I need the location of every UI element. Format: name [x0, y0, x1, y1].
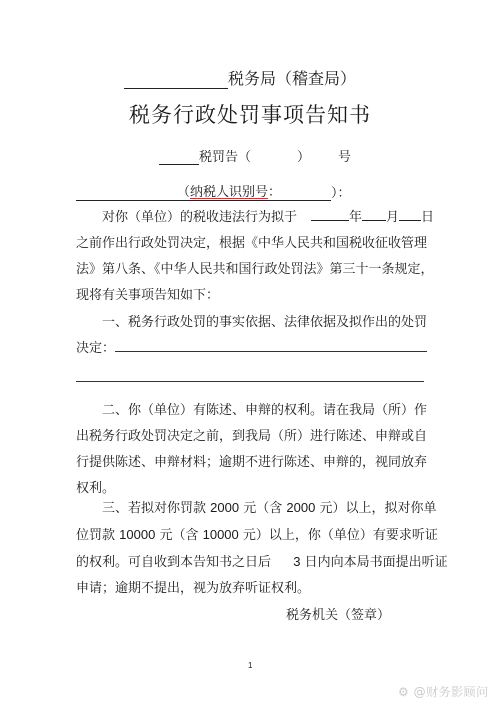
taxpayer-open-paren: （ [177, 185, 190, 200]
s3-text: 元）以上，你（单位）有要求听证 [243, 528, 438, 543]
intro-line-4: 现将有关事项告知如下： [76, 283, 434, 309]
watermark: ⚙ @财务影顾问 [398, 683, 489, 700]
section-2: 二、你（单位）有陈述、申辩的权利。请在我局（所）作 出税务行政处罚决定之前，到我… [76, 398, 427, 502]
fine-amount-individual: 2000 [210, 500, 239, 515]
section-3-line-3: 的权利。可自收到本告知书之日后 3 日内向本局书面提出听证 [76, 549, 448, 576]
signature-line: 税务机关（签章） [286, 604, 390, 623]
taxpayer-line: （纳税人识别号： ）： [76, 181, 351, 201]
doc-number-prefix: 税罚告（ [199, 146, 251, 165]
document-number-line: 税罚告（ ） 号 [159, 146, 351, 165]
intro-line-2: 之前作出行政处罚决定，根据《中华人民共和国税收征收管理 [76, 231, 434, 257]
fine-amount-individual-inclusive: 2000 [286, 500, 315, 515]
document-page: 税务局（稽查局） 税务行政处罚事项告知书 税罚告（ ） 号 （纳税人识别号： ）… [0, 0, 500, 708]
taxpayer-id-label: 纳税人识别号 [190, 185, 268, 200]
fine-amount-unit: 10000 [119, 527, 155, 542]
section-3: 三、若拟对你罚款 2000 元（含 2000 元）以上，拟对你单 位罚款 100… [76, 495, 448, 602]
s3-text: 元（含 [243, 501, 282, 516]
month-blank[interactable] [362, 206, 386, 221]
section-1-line-2: 决定： [76, 336, 427, 362]
hearing-days: 3 [293, 554, 300, 569]
page-number: 1 [248, 661, 252, 670]
intro-line-1: 对你（单位）的税收违法行为拟于年月日 [76, 205, 434, 231]
decision-blank[interactable] [115, 337, 427, 352]
taxpayer-name-blank[interactable] [76, 185, 177, 201]
s3-text: 三、若拟对你罚款 [102, 501, 206, 516]
section-1: 一、税务行政处罚的事实依据、法律依据及拟作出的处罚 决定： [76, 310, 427, 362]
bureau-suffix: 税务局（稽查局） [228, 66, 356, 89]
taxpayer-id-field: （纳税人识别号： [177, 181, 331, 201]
s3-text: 的权利。可自收到本告知书之日后 [76, 555, 271, 570]
doc-prefix-blank[interactable] [159, 150, 199, 165]
bureau-header: 税务局（稽查局） [124, 66, 356, 89]
decision-blank-line-2[interactable] [76, 381, 424, 382]
day-label: 日 [421, 210, 434, 225]
taxpayer-id-colon: ： [268, 185, 281, 200]
doc-number-label: 号 [338, 146, 351, 165]
day-blank[interactable] [399, 206, 421, 221]
section-3-line-4: 申请；逾期不提出，视为放弃听证权利。 [76, 576, 448, 602]
section-2-line-2: 出税务行政处罚决定之前，到我局（所）进行陈述、申辩或自 [76, 424, 427, 450]
s3-text: 元（含 [159, 528, 198, 543]
fine-amount-unit-inclusive: 10000 [203, 527, 239, 542]
s3-text: 位罚款 [76, 528, 115, 543]
s3-text: 元）以上，拟对你单 [319, 501, 436, 516]
intro-paragraph: 对你（单位）的税收违法行为拟于年月日 之前作出行政处罚决定，根据《中华人民共和国… [76, 205, 434, 309]
section-2-line-1: 二、你（单位）有陈述、申辩的权利。请在我局（所）作 [76, 398, 427, 424]
intro-lead-text: 对你（单位）的税收违法行为拟于 [102, 210, 297, 225]
section-3-line-2: 位罚款 10000 元（含 10000 元）以上，你（单位）有要求听证 [76, 522, 448, 549]
year-label: 年 [349, 210, 362, 225]
doc-number-close: ） [297, 146, 310, 165]
year-blank[interactable] [311, 206, 349, 221]
bureau-name-blank[interactable] [124, 72, 228, 89]
s3-text: 日内向本局书面提出听证 [305, 555, 448, 570]
section-2-line-3: 行提供陈述、申辩材料；逾期不进行陈述、申辩的，视同放弃 [76, 450, 427, 476]
intro-line-3: 法》第八条、《中华人民共和国行政处罚法》第三十一条规定， [76, 257, 434, 283]
document-title: 税务行政处罚事项告知书 [0, 99, 500, 129]
taxpayer-close: ）： [331, 182, 351, 201]
section-3-line-1: 三、若拟对你罚款 2000 元（含 2000 元）以上，拟对你单 [76, 495, 448, 522]
decision-label: 决定： [76, 341, 115, 356]
month-label: 月 [386, 210, 399, 225]
section-1-line-1: 一、税务行政处罚的事实依据、法律依据及拟作出的处罚 [76, 310, 427, 336]
